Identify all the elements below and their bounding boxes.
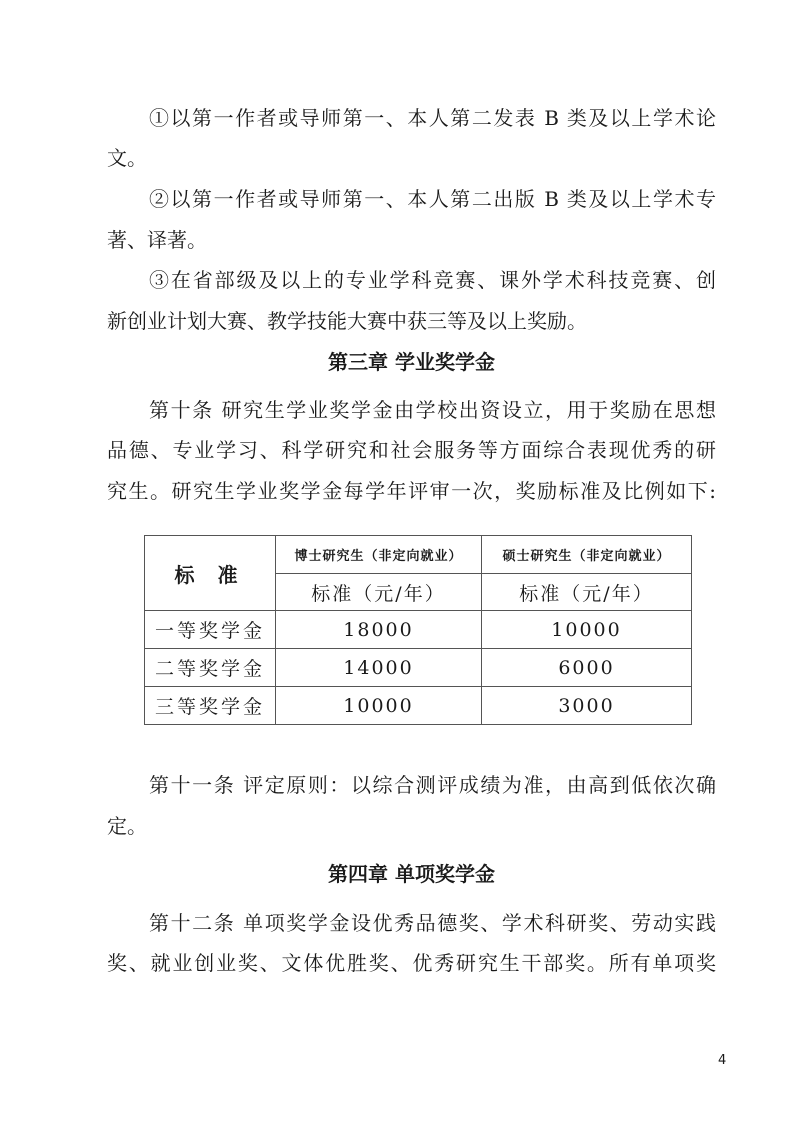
article10-line1: 第十条 研究生学业奖学金由学校出资设立，用于奖励在思想 [149, 398, 716, 422]
article12-line1: 第十二条 单项奖学金设优秀品德奖、学术科研奖、劳动实践 [149, 911, 716, 935]
unit-master: 标准（元/年） [482, 574, 692, 611]
header-master: 硕士研究生（非定向就业） [482, 536, 692, 574]
article11-line1: 第十一条 评定原则：以综合测评成绩为准，由高到低依次确 [149, 773, 716, 797]
row-label: 三等奖学金 [145, 687, 276, 725]
phd-amount: 18000 [276, 611, 482, 649]
item2-line1: ②以第一作者或导师第一、本人第二出版 B 类及以上学术专 [149, 187, 716, 211]
chapter3-title: 第三章 学业奖学金 [107, 350, 716, 374]
row-label: 一等奖学金 [145, 611, 276, 649]
table-header-row: 标 准 博士研究生（非定向就业） 硕士研究生（非定向就业） [145, 536, 692, 574]
article10-line2: 品德、专业学习、科学研究和社会服务等方面综合表现优秀的研 [107, 438, 716, 462]
page-number: 4 [718, 1053, 726, 1068]
table-row: 一等奖学金 18000 10000 [145, 611, 692, 649]
chapter4-title: 第四章 单项奖学金 [107, 862, 716, 886]
phd-amount: 14000 [276, 649, 482, 687]
table-row: 二等奖学金 14000 6000 [145, 649, 692, 687]
master-amount: 6000 [482, 649, 692, 687]
item1-line1: ①以第一作者或导师第一、本人第二发表 B 类及以上学术论 [149, 106, 716, 130]
master-amount: 3000 [482, 687, 692, 725]
article11-line2: 定。 [107, 814, 716, 838]
header-standard-label: 标 准 [145, 536, 276, 611]
scholarship-standards-table: 标 准 博士研究生（非定向就业） 硕士研究生（非定向就业） 标准（元/年） 标准… [144, 535, 692, 725]
article10-line3: 究生。研究生学业奖学金每学年评审一次，奖励标准及比例如下: [107, 479, 716, 503]
phd-amount: 10000 [276, 687, 482, 725]
unit-phd: 标准（元/年） [276, 574, 482, 611]
item3-line1: ③在省部级及以上的专业学科竞赛、课外学术科技竞赛、创 [149, 268, 716, 292]
item3-line2: 新创业计划大赛、教学技能大赛中获三等及以上奖励。 [107, 309, 716, 333]
header-phd: 博士研究生（非定向就业） [276, 536, 482, 574]
item1-line2: 文。 [107, 146, 716, 170]
item2-line2: 著、译著。 [107, 228, 716, 252]
article12-line2: 奖、就业创业奖、文体优胜奖、优秀研究生干部奖。所有单项奖 [107, 951, 716, 975]
row-label: 二等奖学金 [145, 649, 276, 687]
table-row: 三等奖学金 10000 3000 [145, 687, 692, 725]
master-amount: 10000 [482, 611, 692, 649]
